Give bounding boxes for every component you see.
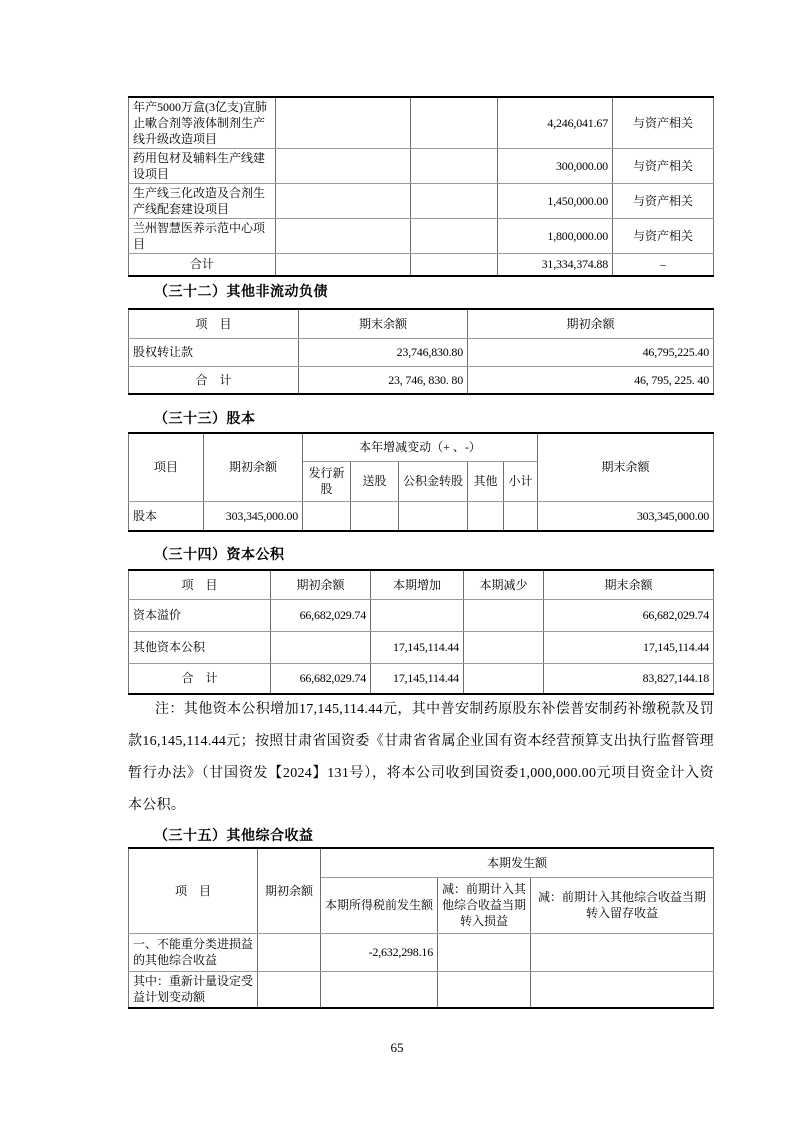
- beginning-balance-cell: 303,345,000.00: [204, 501, 303, 531]
- empty-cell: [276, 219, 411, 254]
- column-header: 公积金转股: [399, 461, 468, 501]
- empty-cell: [321, 971, 438, 1008]
- column-header: 本期增加: [371, 570, 464, 599]
- total-amount-cell: 31,334,374.88: [498, 254, 613, 276]
- column-header: 期初余额: [468, 309, 714, 338]
- column-header: 发行新股: [303, 461, 351, 501]
- empty-cell: [351, 501, 399, 531]
- increase-cell: [371, 599, 464, 631]
- empty-cell: [276, 184, 411, 219]
- table-row: 股本 303,345,000.00 303,345,000.00: [129, 501, 714, 531]
- column-header: 期初余额: [204, 433, 303, 501]
- ending-balance-cell: 23,746,830.80: [299, 338, 468, 366]
- empty-cell: [276, 149, 411, 184]
- section-heading-32: （三十二）其他非流动负债: [128, 281, 739, 301]
- total-increase-cell: 17,145,114.44: [371, 663, 464, 694]
- column-header: 减：前期计入其他综合收益当期转入留存收益: [531, 877, 714, 933]
- column-header: 项 目: [129, 309, 299, 338]
- project-name-cell: 年产5000万盒(3亿支)宣肺止嗽合剂等液体制剂生产线升级改造项目: [129, 97, 276, 149]
- item-cell: 资本溢价: [129, 599, 271, 631]
- page-number: 65: [0, 1040, 794, 1056]
- empty-cell: [531, 933, 714, 971]
- table-row: 药用包材及辅料生产线建设项目 300,000.00 与资产相关: [129, 149, 714, 184]
- empty-cell: [411, 97, 498, 149]
- item-cell: 股权转让款: [129, 338, 299, 366]
- capital-reserve-note: 注：其他资本公积增加17,145,114.44元，其中普安制药原股东补偿普安制药…: [128, 694, 714, 822]
- project-name-cell: 药用包材及辅料生产线建设项目: [129, 149, 276, 184]
- table-row: 一、不能重分类进损益的其他综合收益 -2,632,298.16: [129, 933, 714, 971]
- empty-cell: [276, 97, 411, 149]
- empty-cell: [468, 501, 504, 531]
- total-label-cell: 合 计: [129, 366, 299, 394]
- related-flag-cell: 与资产相关: [613, 219, 714, 254]
- total-label-cell: 合 计: [129, 663, 271, 694]
- beginning-balance-cell: 66,682,029.74: [271, 599, 371, 631]
- header-row: 项 目 期初余额 本期增加 本期减少 期末余额: [129, 570, 714, 599]
- empty-cell: [411, 149, 498, 184]
- empty-cell: [411, 254, 498, 276]
- column-header: 送股: [351, 461, 399, 501]
- empty-cell: [438, 933, 531, 971]
- total-label-cell: 合计: [129, 254, 276, 276]
- empty-cell: [303, 501, 351, 531]
- item-cell: 其中：重新计量设定受益计划变动额: [129, 971, 258, 1008]
- related-flag-cell: 与资产相关: [613, 184, 714, 219]
- total-ending-cell: 23, 746, 830. 80: [299, 366, 468, 394]
- column-header: 项 目: [129, 570, 271, 599]
- column-header: 本期减少: [464, 570, 544, 599]
- table-row: 其中：重新计量设定受益计划变动额: [129, 971, 714, 1008]
- change-span-header: 本年增减变动（+ 、-）: [303, 433, 538, 461]
- empty-cell: [504, 501, 538, 531]
- table-row: 生产线三化改造及合剂生产线配套建设项目 1,450,000.00 与资产相关: [129, 184, 714, 219]
- column-header: 减：前期计入其他综合收益当期转入损益: [438, 877, 531, 933]
- column-header: 本期所得税前发生额: [321, 877, 438, 933]
- share-capital-table: 项目 期初余额 本年增减变动（+ 、-） 期末余额 发行新股 送股 公积金转股 …: [128, 432, 714, 532]
- table-row: 股权转让款 23,746,830.80 46,795,225.40: [129, 338, 714, 366]
- empty-cell: [258, 933, 321, 971]
- table-row: 资本溢价 66,682,029.74 66,682,029.74: [129, 599, 714, 631]
- column-header: 项目: [129, 433, 204, 501]
- project-name-cell: 生产线三化改造及合剂生产线配套建设项目: [129, 184, 276, 219]
- header-row: 项 目 期初余额 本期发生额: [129, 848, 714, 877]
- empty-cell: [411, 184, 498, 219]
- column-header: 项 目: [129, 848, 258, 933]
- column-header: 期末余额: [544, 570, 714, 599]
- current-period-span-header: 本期发生额: [321, 848, 714, 877]
- section-heading-34: （三十四）资本公积: [128, 544, 739, 564]
- header-row: 项 目 期末余额 期初余额: [129, 309, 714, 338]
- column-header: 小计: [504, 461, 538, 501]
- table-row: 其他资本公积 17,145,114.44 17,145,114.44: [129, 631, 714, 663]
- total-row: 合计 31,334,374.88 –: [129, 254, 714, 276]
- ending-balance-cell: 303,345,000.00: [538, 501, 714, 531]
- item-cell: 股本: [129, 501, 204, 531]
- amount-cell: 4,246,041.67: [498, 97, 613, 149]
- total-beginning-cell: 46, 795, 225. 40: [468, 366, 714, 394]
- total-beginning-cell: 66,682,029.74: [271, 663, 371, 694]
- amount-cell: 1,800,000.00: [498, 219, 613, 254]
- empty-cell: [411, 219, 498, 254]
- empty-cell: [258, 971, 321, 1008]
- document-page: 年产5000万盒(3亿支)宣肺止嗽合剂等液体制剂生产线升级改造项目 4,246,…: [0, 0, 794, 1122]
- ending-balance-cell: 66,682,029.74: [544, 599, 714, 631]
- item-cell: 一、不能重分类进损益的其他综合收益: [129, 933, 258, 971]
- decrease-cell: [464, 599, 544, 631]
- empty-cell: [399, 501, 468, 531]
- column-header: 其他: [468, 461, 504, 501]
- table-row: 兰州智慧医养示范中心项目 1,800,000.00 与资产相关: [129, 219, 714, 254]
- column-header: 期末余额: [299, 309, 468, 338]
- total-row: 合 计 66,682,029.74 17,145,114.44 83,827,1…: [129, 663, 714, 694]
- amount-cell: 300,000.00: [498, 149, 613, 184]
- empty-cell: [531, 971, 714, 1008]
- increase-cell: 17,145,114.44: [371, 631, 464, 663]
- column-header: 期初余额: [271, 570, 371, 599]
- related-flag-cell: 与资产相关: [613, 97, 714, 149]
- projects-continuation-table: 年产5000万盒(3亿支)宣肺止嗽合剂等液体制剂生产线升级改造项目 4,246,…: [128, 96, 714, 277]
- ending-balance-cell: 17,145,114.44: [544, 631, 714, 663]
- beginning-balance-cell: 46,795,225.40: [468, 338, 714, 366]
- capital-reserve-table: 项 目 期初余额 本期增加 本期减少 期末余额 资本溢价 66,682,029.…: [128, 569, 714, 695]
- total-decrease-cell: [464, 663, 544, 694]
- related-flag-cell: 与资产相关: [613, 149, 714, 184]
- beginning-balance-cell: [271, 631, 371, 663]
- item-cell: 其他资本公积: [129, 631, 271, 663]
- total-ending-cell: 83,827,144.18: [544, 663, 714, 694]
- decrease-cell: [464, 631, 544, 663]
- table-row: 年产5000万盒(3亿支)宣肺止嗽合剂等液体制剂生产线升级改造项目 4,246,…: [129, 97, 714, 149]
- amount-cell: 1,450,000.00: [498, 184, 613, 219]
- other-noncurrent-liabilities-table: 项 目 期末余额 期初余额 股权转让款 23,746,830.80 46,795…: [128, 308, 714, 395]
- section-heading-33: （三十三）股本: [128, 408, 739, 428]
- empty-cell: [276, 254, 411, 276]
- project-name-cell: 兰州智慧医养示范中心项目: [129, 219, 276, 254]
- column-header: 期末余额: [538, 433, 714, 501]
- empty-cell: [438, 971, 531, 1008]
- pretax-amount-cell: -2,632,298.16: [321, 933, 438, 971]
- column-header: 期初余额: [258, 848, 321, 933]
- total-row: 合 计 23, 746, 830. 80 46, 795, 225. 40: [129, 366, 714, 394]
- header-row: 项目 期初余额 本年增减变动（+ 、-） 期末余额: [129, 433, 714, 461]
- section-heading-35: （三十五）其他综合收益: [128, 825, 739, 845]
- total-related-cell: –: [613, 254, 714, 276]
- other-comprehensive-income-table: 项 目 期初余额 本期发生额 本期所得税前发生额 减：前期计入其他综合收益当期转…: [128, 847, 714, 1009]
